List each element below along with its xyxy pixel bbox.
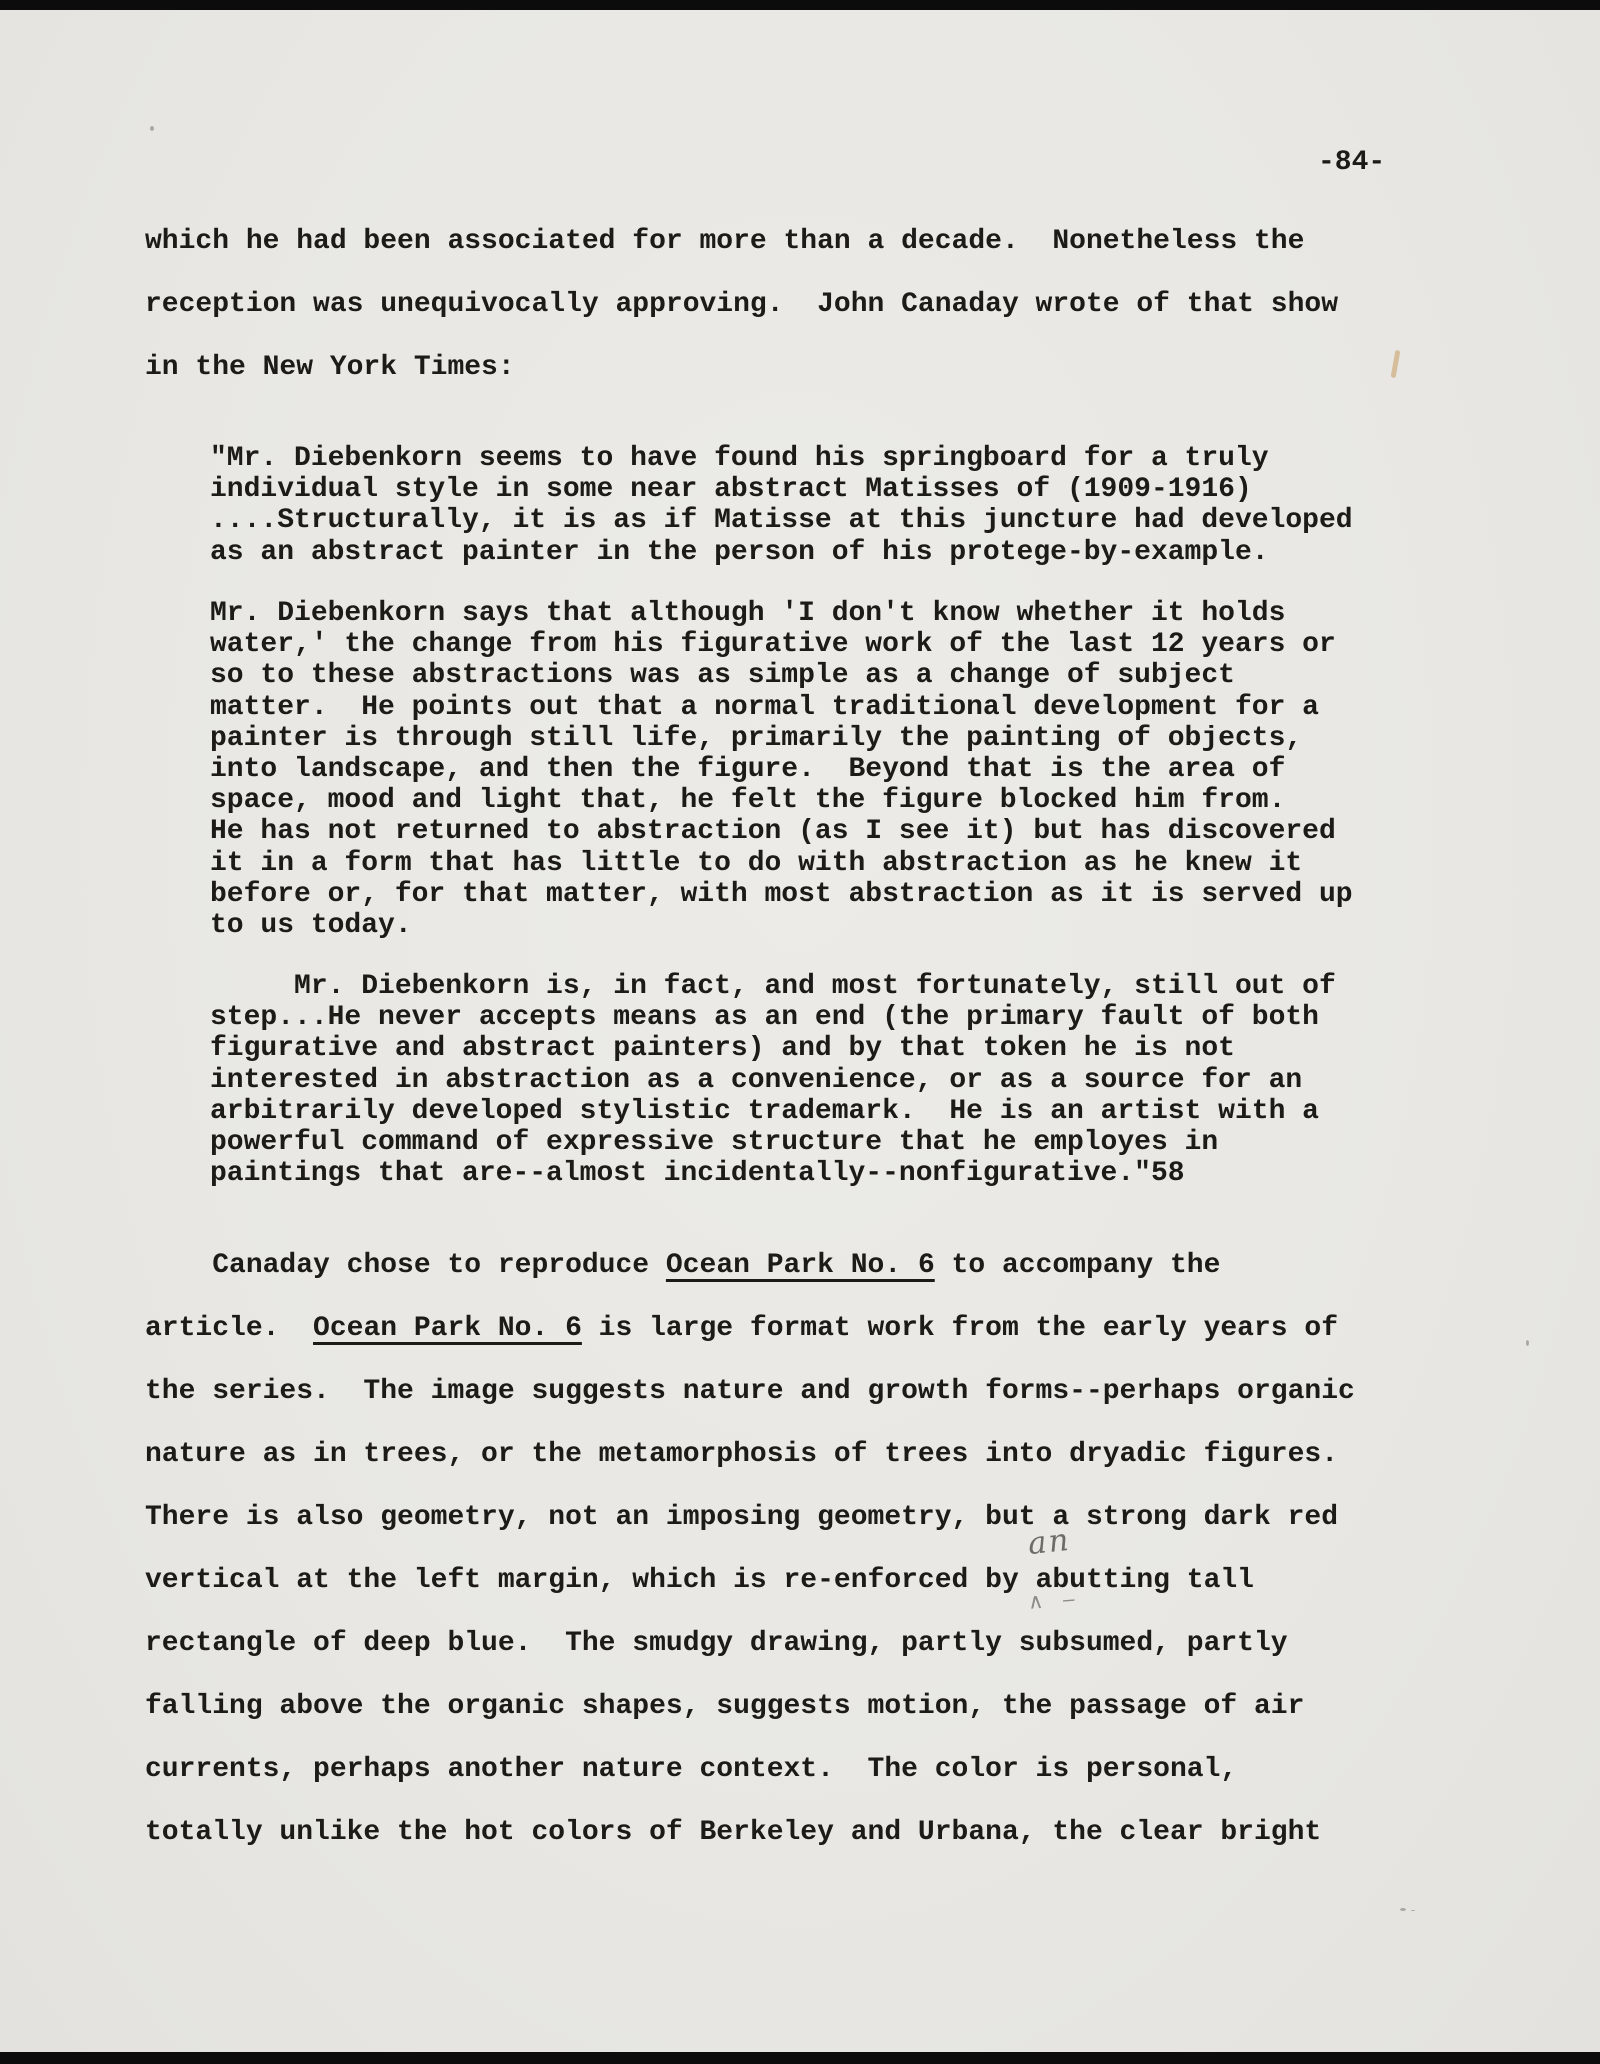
blockquote-paragraph-2: Mr. Diebenkorn says that although 'I don… bbox=[210, 598, 1480, 941]
handwritten-annotation-an: an bbox=[1026, 1522, 1072, 1562]
scan-edge-top bbox=[0, 0, 1600, 10]
handwritten-caret-mark: ∧ ‒ bbox=[1027, 1586, 1082, 1614]
scanned-typescript-page: -84- which he had been associated for mo… bbox=[0, 0, 1600, 2064]
blockquote-paragraph-3: Mr. Diebenkorn is, in fact, and most for… bbox=[210, 971, 1480, 1189]
artwork-title-underlined: Ocean Park No. 6 bbox=[313, 1313, 582, 1344]
page-number: -84- bbox=[1318, 146, 1385, 180]
opening-paragraph: which he had been associated for more th… bbox=[145, 210, 1475, 399]
artwork-title-underlined: Ocean Park No. 6 bbox=[666, 1250, 935, 1281]
closing-text-segment: Canaday chose to reproduce bbox=[145, 1250, 666, 1281]
paper-speck bbox=[1400, 1908, 1406, 1911]
paper: -84- which he had been associated for mo… bbox=[0, 10, 1600, 2052]
paper-speck bbox=[1526, 1340, 1529, 1346]
closing-paragraph: Canaday chose to reproduce Ocean Park No… bbox=[145, 1234, 1475, 1864]
closing-text-segment: is large format work from the early year… bbox=[145, 1313, 1355, 1848]
blockquote-paragraph-1: "Mr. Diebenkorn seems to have found his … bbox=[210, 443, 1480, 568]
paper-speck bbox=[150, 126, 154, 131]
scan-edge-bottom bbox=[0, 2052, 1600, 2064]
